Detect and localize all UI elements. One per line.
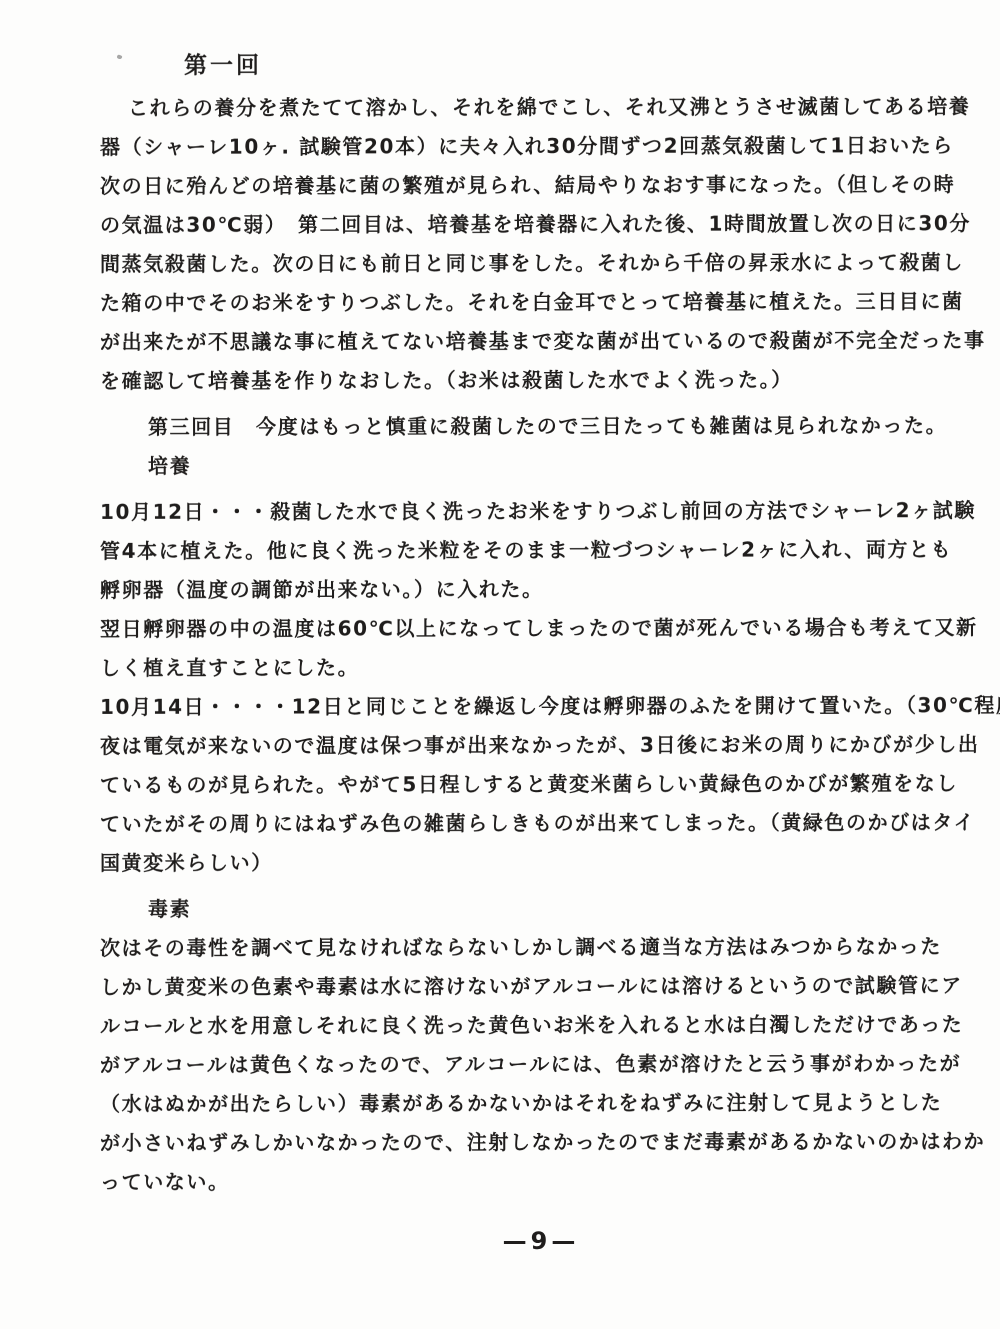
text-line: ルコールと水を用意しそれに良く洗った黄色いお米を入れると水は白濁しただけであった (100, 1005, 982, 1046)
text-line: しかし黄変米の色素や毒素は水に溶けないがアルコールには溶けるというので試験管にア (100, 966, 982, 1007)
text-line: っていない。 (100, 1161, 982, 1202)
text-line: が出来たが不思議な事に植えてない培養基まで変な菌が出ているので殺菌が不完全だった… (100, 321, 982, 362)
handwritten-text-block: 第一回 これらの養分を煮たてて溶かし、それを綿でこし、それ又沸とうさせ滅菌してあ… (100, 42, 982, 1255)
text-line: が小さいねずみしかいなかったので、注射しなかったのでまだ毒素があるかないのかはわ… (100, 1122, 982, 1163)
text-line: 孵卵器（温度の調節が出来ない。）に入れた。 (100, 569, 982, 610)
section-heading-culture: 培養 (100, 445, 982, 486)
text-line: （水はぬかが出たらしい）毒素があるかないかはそれをねずみに注射して見ようとした (100, 1083, 982, 1124)
section-title-round3: 第三回目 今度はもっと慎重に殺菌したので三日たっても雑菌は見られなかった。 (100, 406, 982, 447)
text-line: の気温は30℃弱） 第二回目は、培養基を培養器に入れた後、1時間放置し次の日に3… (100, 204, 982, 245)
text-line: 国黄変米らしい） (100, 842, 982, 883)
text-line: しく植え直すことにした。 (100, 647, 982, 688)
text-line: た箱の中でそのお米をすりつぶした。それを白金耳でとって培養基に植えた。三日目に菌 (100, 282, 982, 323)
text-line: これらの養分を煮たてて溶かし、それを綿でこし、それ又沸とうさせ滅菌してある培養 (100, 87, 982, 128)
text-line: 管4本に植えた。他に良く洗った米粒をそのまま一粒づつシャーレ2ヶに入れ、両方とも (100, 530, 982, 571)
text-line: 次はその毒性を調べて見なければならないしかし調べる適当な方法はみつからなかった (100, 927, 982, 968)
text-line: ているものが見られた。やがて5日程しすると黄変米菌らしい黄緑色のかびが繁殖をなし (100, 764, 982, 805)
text-line: 翌日孵卵器の中の温度は60℃以上になってしまったので菌が死んでいる場合も考えて又… (100, 608, 982, 649)
diary-entry-oct14: 10月14日・・・・12日と同じことを繰返し今度は孵卵器のふたを開けて置いた。（… (100, 686, 982, 727)
text-line: 次の日に殆んどの培養基に菌の繁殖が見られ、結局やりなおす事になった。（但しその時 (100, 165, 982, 206)
text-line: 間蒸気殺菌した。次の日にも前日と同じ事をした。それから千倍の昇汞水によって殺菌し (100, 243, 982, 284)
text-line: 器（シャーレ10ヶ. 試験管20本）に夫々入れ30分間ずつ2回蒸気殺菌して1日お… (100, 126, 982, 167)
text-line: を確認して培養基を作りなおした。（お米は殺菌した水でよく洗った。） (100, 360, 982, 401)
text-line: 夜は電気が来ないので温度は保つ事が出来なかったが、3日後にお米の周りにかびが少し… (100, 725, 982, 766)
scanned-document-page: 第一回 これらの養分を煮たてて溶かし、それを綿でこし、それ又沸とうさせ滅菌してあ… (0, 0, 1000, 1329)
text-line: ていたがその周りにはねずみ色の雑菌らしきものが出来てしまった。（黄緑色のかびはタ… (100, 803, 982, 844)
page-number: —9— (100, 1227, 982, 1255)
section-title-round1: 第一回 (100, 41, 982, 89)
text-line: がアルコールは黄色くなったので、アルコールには、色素が溶けたと云う事がわかったが (100, 1044, 982, 1085)
diary-entry-oct12: 10月12日・・・殺菌した水で良く洗ったお米をすりつぶし前回の方法でシャーレ2ヶ… (100, 491, 982, 532)
section-heading-toxin: 毒素 (100, 888, 982, 929)
